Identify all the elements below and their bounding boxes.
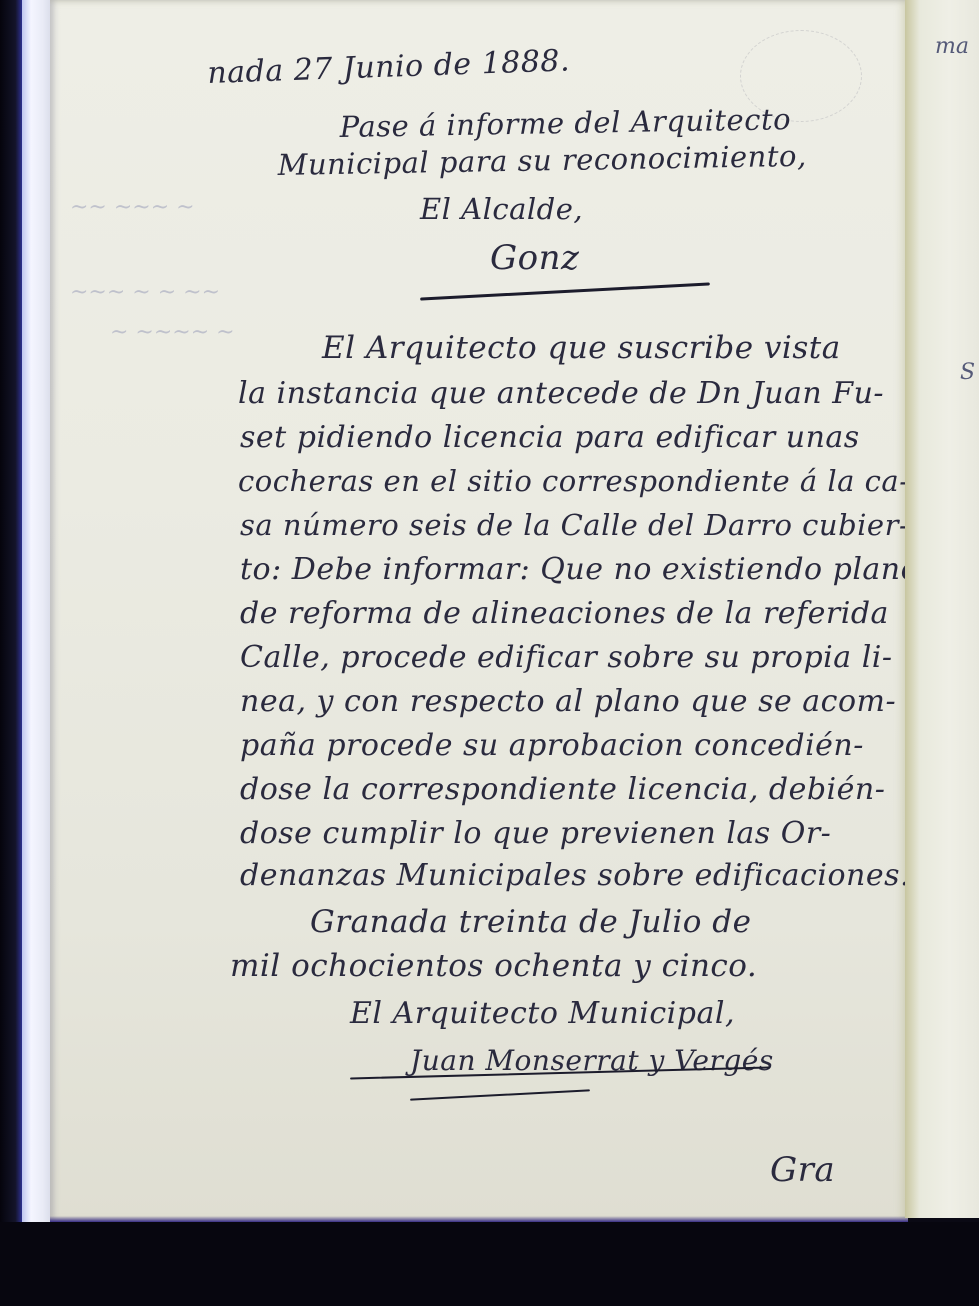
document-photo: ~~ ~~~ ~ ~~~ ~ ~ ~~ ~ ~~~~ ~ nada 27 Jun… bbox=[0, 0, 979, 1306]
bleed-through-text: ~~~ ~ ~ ~~ bbox=[70, 280, 220, 305]
report-line: El Arquitecto que suscribe vista bbox=[322, 330, 841, 366]
report-line: dose la correspondiente licencia, debién… bbox=[240, 772, 885, 807]
footer-catchword: Gra bbox=[770, 1150, 835, 1190]
report-line: Calle, procede edificar sobre su propia … bbox=[240, 640, 893, 675]
architect-title: El Arquitecto Municipal, bbox=[350, 996, 735, 1031]
page-stack-edge bbox=[22, 0, 52, 1225]
header-date-line: nada 27 Junio de 1888. bbox=[207, 43, 571, 91]
facing-page-fragment: ma bbox=[935, 34, 969, 59]
report-line: paña procede su aprobacion concedién- bbox=[240, 728, 864, 763]
report-line: nea, y con respecto al plano que se acom… bbox=[240, 684, 896, 719]
report-line: set pidiendo licencia para edificar unas bbox=[240, 420, 860, 455]
background-dark-left bbox=[0, 0, 22, 1225]
bleed-through-text: ~ ~~~~ ~ bbox=[110, 320, 235, 345]
decree-line-1: Pase á informe del Arquitecto bbox=[339, 102, 791, 144]
report-line: de reforma de alineaciones de la referid… bbox=[240, 596, 889, 631]
report-line: cocheras en el sitio correspondiente á l… bbox=[238, 464, 910, 498]
report-line: la instancia que antecede de Dn Juan Fu- bbox=[238, 376, 884, 411]
closing-year: mil ochocientos ochenta y cinco. bbox=[230, 948, 757, 984]
closing-place-date: Granada treinta de Julio de bbox=[310, 904, 751, 940]
report-line: sa número seis de la Calle del Darro cub… bbox=[240, 508, 909, 542]
signature-flourish bbox=[420, 282, 710, 300]
facing-page-edge: ma S bbox=[905, 0, 979, 1218]
manuscript-page: ~~ ~~~ ~ ~~~ ~ ~ ~~ ~ ~~~~ ~ nada 27 Jun… bbox=[50, 0, 908, 1222]
decree-signatory-title: El Alcalde, bbox=[420, 192, 583, 226]
decree-line-2: Municipal para su reconocimiento, bbox=[277, 139, 807, 182]
bleed-through-text: ~~ ~~~ ~ bbox=[70, 195, 195, 220]
background-dark-bottom bbox=[0, 1222, 979, 1306]
decree-signature: Gonz bbox=[490, 238, 579, 278]
architect-signature-flourish bbox=[410, 1089, 590, 1100]
report-line: to: Debe informar: Que no existiendo pla… bbox=[240, 552, 919, 587]
facing-page-fragment: S bbox=[960, 360, 975, 385]
report-line: denanzas Municipales sobre edificaciones… bbox=[240, 858, 910, 893]
report-line: dose cumplir lo que previenen las Or- bbox=[240, 816, 831, 851]
